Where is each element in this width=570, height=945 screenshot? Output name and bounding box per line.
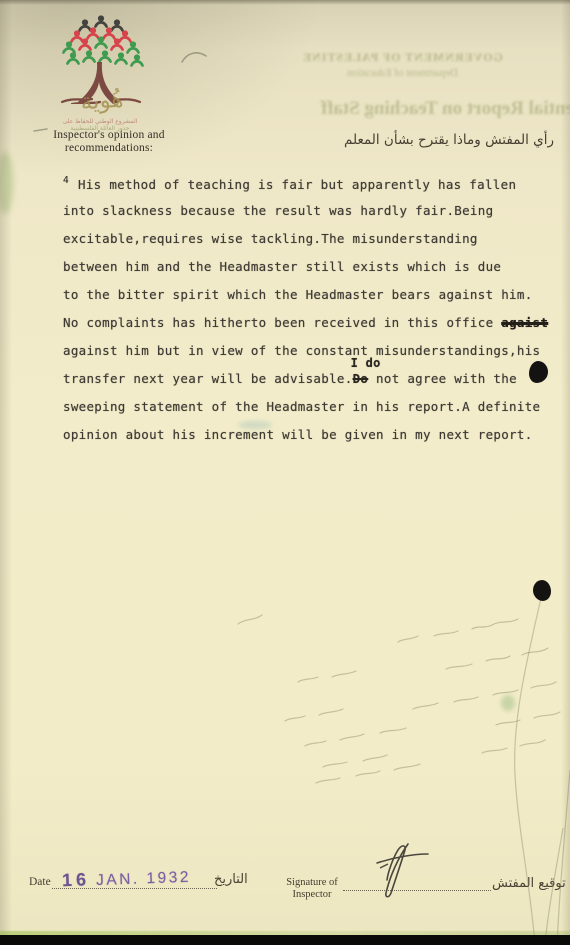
- typed-line: against him but in view of the constant …: [63, 343, 563, 371]
- date-label: Date: [29, 876, 51, 888]
- bleedthrough-header: GOVERNMENT OF PALESTINE Department of Ed…: [235, 46, 570, 131]
- green-smudge-small: [501, 695, 515, 711]
- typed-report-body: 4His method of teaching is fair but appa…: [63, 175, 563, 455]
- signature-label-arabic: توقيع المفتش: [492, 876, 566, 891]
- bleedthrough-department-line: Department of Education: [235, 67, 570, 79]
- signature-label-line1: Signature of: [281, 877, 343, 889]
- struck-out-word-text: Do: [353, 371, 369, 386]
- typed-line: to the bitter spirit which the Headmaste…: [63, 287, 563, 315]
- logo-calligraphy: هُوية: [65, 88, 138, 116]
- cyan-smudge: [238, 421, 272, 429]
- inspector-opinion-label-line1: Inspector's opinion and: [28, 129, 190, 142]
- typed-line: 4His method of teaching is fair but appa…: [63, 175, 563, 203]
- bleedthrough-government-line: GOVERNMENT OF PALESTINE: [235, 50, 570, 65]
- date-stamp: 16JAN. 1932: [62, 866, 192, 891]
- typed-line-text: transfer next year will be advisable.: [63, 371, 353, 386]
- typed-line-text: His method of teaching is fair but appar…: [78, 177, 516, 192]
- typed-line: between him and the Headmaster still exi…: [63, 259, 563, 287]
- paragraph-marker: 4: [63, 175, 69, 186]
- date-stamp-month-year: JAN. 1932: [96, 869, 191, 889]
- typed-line: transfer next year will be advisable.DoI…: [63, 371, 563, 399]
- inspector-opinion-label-arabic: رأي المفتش وماذا يقترح بشأن المعلم: [344, 132, 554, 148]
- typed-line: sweeping statement of the Headmaster in …: [63, 399, 563, 427]
- scanned-report-page: هُوية المشروع الوطني للحفاظ على جذور الع…: [0, 0, 570, 945]
- typed-line: opinion about his increment will be give…: [63, 427, 563, 455]
- signature-dotted-line: [343, 890, 491, 891]
- signature-label: Signature of Inspector: [281, 877, 343, 900]
- typed-line-text: No complaints has hitherto been received…: [63, 315, 501, 330]
- date-label-arabic: التاريخ: [214, 872, 248, 887]
- struck-out-word: DoI do: [353, 371, 369, 386]
- bleedthrough-title: Confidential Report on Teaching Staff: [321, 98, 570, 120]
- typed-line: No complaints has hitherto been received…: [63, 315, 563, 343]
- typed-line: into slackness because the result was ha…: [63, 203, 563, 231]
- green-smudge: [0, 152, 14, 214]
- typed-line: excitable,requires wise tackling.The mis…: [63, 231, 563, 259]
- interline-correction: I do: [351, 356, 381, 370]
- inspector-opinion-label: Inspector's opinion and recommendations:: [28, 129, 190, 155]
- ink-blot: [533, 580, 551, 601]
- inspector-opinion-label-line2: recommendations:: [28, 142, 190, 155]
- date-stamp-day: 16: [62, 869, 91, 890]
- struck-out-word: agaist: [501, 315, 548, 330]
- typed-line-text: not agree with the: [368, 371, 517, 386]
- scanner-background-strip: [0, 935, 570, 945]
- signature-label-line2: Inspector: [281, 889, 343, 901]
